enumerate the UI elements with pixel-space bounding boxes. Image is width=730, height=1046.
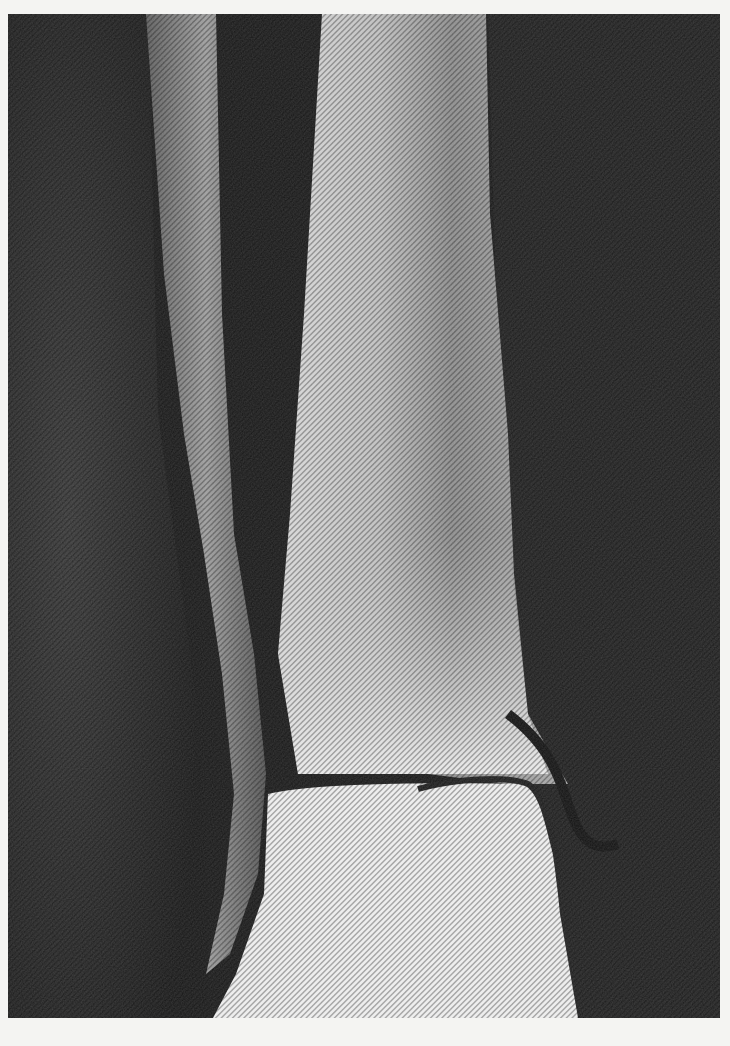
- grain-overlay: [8, 14, 720, 1018]
- xray-image: [8, 14, 720, 1018]
- xray-plate: [8, 14, 720, 1018]
